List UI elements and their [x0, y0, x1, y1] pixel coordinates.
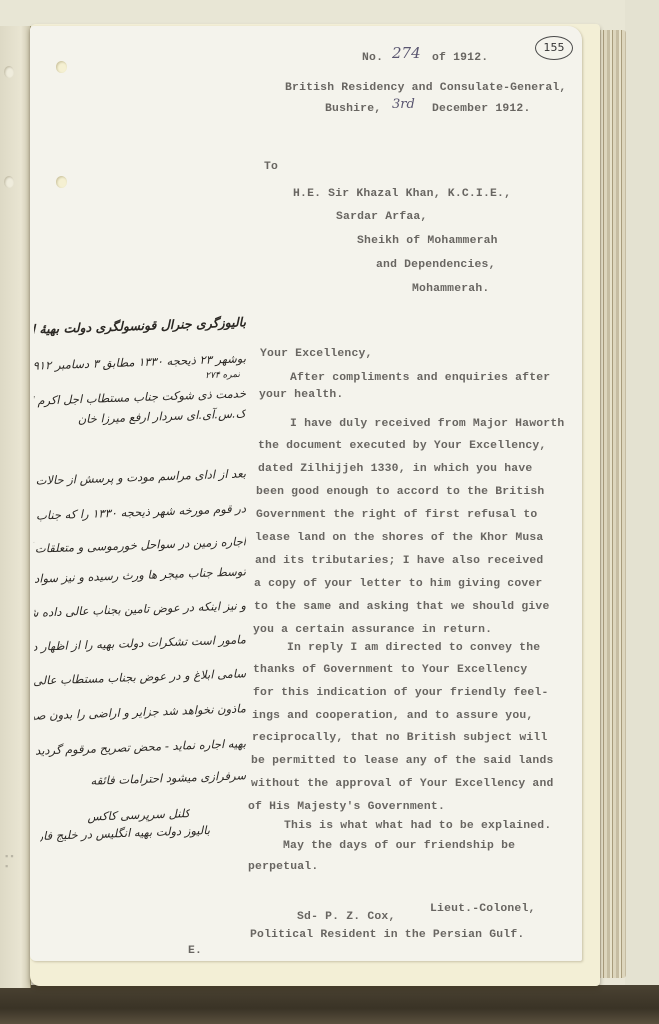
background-right — [625, 0, 659, 1000]
address-line: and Dependencies, — [376, 259, 496, 271]
facing-page-left: ▪▪▪ — [0, 26, 31, 988]
body-line: May the days of our friendship be — [283, 840, 515, 852]
body-line: This is what what had to be explained. — [284, 820, 551, 832]
letter-number-prefix: No. — [362, 52, 383, 64]
body-line: Government the right of first refusal to — [256, 509, 537, 521]
address-line: Mohammerah. — [412, 283, 489, 295]
body-line: been good enough to accord to the Britis… — [256, 486, 544, 498]
address-line: Sheikh of Mohammerah — [357, 235, 498, 247]
body-line: and its tributaries; I have also receive… — [255, 555, 543, 567]
place-line: Bushire, — [325, 103, 381, 115]
folio-number: 155 — [535, 36, 573, 60]
body-line: without the approval of Your Excellency … — [251, 778, 554, 790]
punch-hole — [56, 61, 67, 73]
signature-name: Sd- P. Z. Cox, — [297, 911, 396, 923]
day-handwritten: 3rd — [392, 97, 415, 112]
body-line: ings and cooperation, and to assure you, — [252, 710, 533, 722]
punch-hole — [56, 176, 67, 188]
body-line: of His Majesty's Government. — [248, 801, 445, 813]
body-line: you a certain assurance in return. — [253, 624, 492, 636]
body-line: to the same and asking that we should gi… — [254, 601, 550, 613]
body-line: your health. — [259, 389, 343, 401]
letter-number-handwritten: 274 — [392, 44, 421, 62]
signature-rank: Lieut.-Colonel, — [430, 903, 536, 915]
body-line: I have duly received from Major Haworth — [290, 418, 564, 430]
typist-initial: E. — [188, 945, 202, 957]
body-line: the document executed by Your Excellency… — [258, 440, 546, 452]
body-line: After compliments and enquiries after — [290, 372, 550, 384]
date-line: December 1912. — [432, 103, 531, 115]
address-line: H.E. Sir Khazal Khan, K.C.I.E., — [293, 188, 511, 200]
stacked-page-edges — [598, 30, 626, 978]
office-line: British Residency and Consulate-General, — [285, 82, 566, 94]
body-line: a copy of your letter to him giving cove… — [254, 578, 542, 590]
body-line: reciprocally, that no British subject wi… — [252, 732, 548, 744]
signature-title: Political Resident in the Persian Gulf. — [250, 929, 524, 941]
address-line: Sardar Arfaa, — [336, 211, 427, 223]
punch-hole — [4, 66, 14, 78]
bleed-through-mark: ▪▪▪ — [4, 852, 18, 874]
body-line: thanks of Government to Your Excellency — [253, 664, 527, 676]
body-line: for this indication of your friendly fee… — [253, 687, 549, 699]
punch-hole — [4, 176, 14, 188]
body-line: be permitted to lease any of the said la… — [251, 755, 554, 767]
body-line: lease land on the shores of the Khor Mus… — [255, 532, 543, 544]
to-label: To — [264, 161, 278, 173]
body-line: dated Zilhijjeh 1330, in which you have — [258, 463, 532, 475]
body-line: In reply I am directed to convey the — [287, 642, 540, 654]
body-line: perpetual. — [248, 861, 318, 873]
salutation: Your Excellency, — [260, 348, 373, 360]
letter-number-year: of 1912. — [432, 52, 488, 64]
table-surface — [0, 985, 659, 1024]
